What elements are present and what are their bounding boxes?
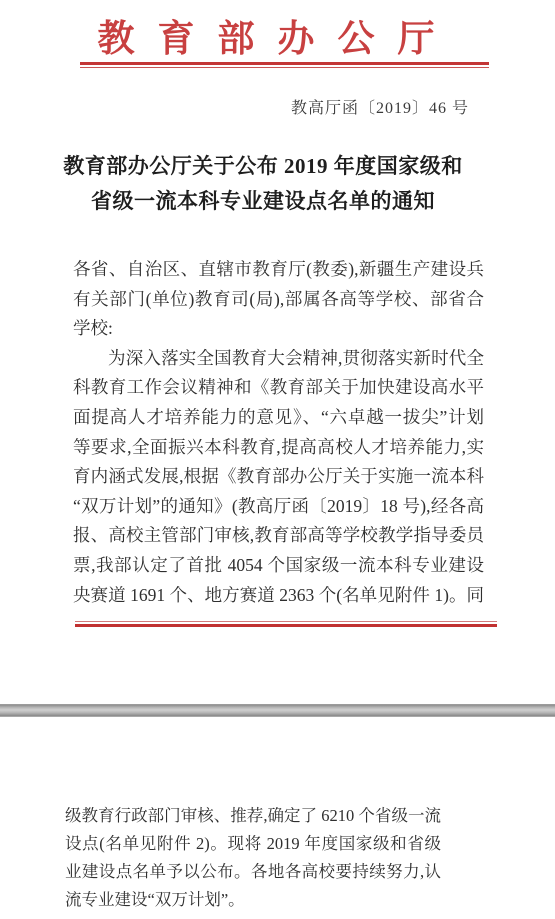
document-number: 教高厅函〔2019〕46 号	[0, 95, 469, 118]
letterhead-org-name: 教育部办公厅	[0, 8, 555, 62]
body-line: 级教育行政部门审核、推荐,确定了 6210 个省级一流本科专业建	[65, 802, 441, 830]
body-line: 流专业建设“双万计划”。	[65, 886, 441, 914]
letterhead-red-rule	[80, 62, 489, 70]
document-title-line-2: 省级一流本科专业建设点名单的通知	[45, 184, 481, 219]
body-line: “双万计划”的通知》(教高厅函〔2019〕18 号),经各高校网上申	[73, 492, 484, 522]
body-line: 为深入落实全国教育大会精神,贯彻落实新时代全国高校本	[73, 344, 484, 374]
page1-footer-red-rule	[75, 621, 497, 628]
body-line: 育内涵式发展,根据《教育部办公厅关于实施一流本科专业建设	[73, 462, 484, 492]
body-line: 等要求,全面振兴本科教育,提高高校人才培养能力,实现高等教	[73, 433, 484, 463]
page-break-separator	[0, 704, 555, 717]
body-line: 设点(名单见附件 2)。现将 2019 年度国家级和省级一流本科专	[65, 830, 441, 858]
document-title: 教育部办公厅关于公布 2019 年度国家级和 省级一流本科专业建设点名单的通知	[45, 149, 481, 219]
body-line: 面提高人才培养能力的意见》、“六卓越一拔尖”计划 2.0 系列文件	[73, 403, 484, 433]
red-rule-thin-line	[80, 67, 489, 68]
body-line: 业建设点名单予以公布。各地各高校要持续努力,认真实施好一	[65, 858, 441, 886]
document-scan: 教育部办公厅 教高厅函〔2019〕46 号 教育部办公厅关于公布 2019 年度…	[0, 0, 555, 919]
body-line: 学校:	[73, 314, 484, 344]
page1-body: 各省、自治区、直辖市教育厅(教委),新疆生产建设兵团教育局, 有关部门(单位)教…	[73, 255, 484, 610]
body-line: 票,我部认定了首批 4054 个国家级一流本科专业建设点,其中中	[73, 551, 484, 581]
document-title-line-1: 教育部办公厅关于公布 2019 年度国家级和	[45, 149, 481, 184]
body-line: 有关部门(单位)教育司(局),部属各高等学校、部省合建各高等	[73, 285, 484, 315]
footer-rule-thick-line	[75, 624, 497, 627]
body-line: 各省、自治区、直辖市教育厅(教委),新疆生产建设兵团教育局,	[73, 255, 484, 285]
body-line: 科教育工作会议精神和《教育部关于加快建设高水平本科教育 全	[73, 373, 484, 403]
body-line: 报、高校主管部门审核,教育部高等学校教学指导委员会评议、投	[73, 521, 484, 551]
page2-body: 级教育行政部门审核、推荐,确定了 6210 个省级一流本科专业建 设点(名单见附…	[65, 802, 441, 914]
body-line: 央赛道 1691 个、地方赛道 2363 个(名单见附件 1)。同时,经各省	[73, 581, 484, 611]
